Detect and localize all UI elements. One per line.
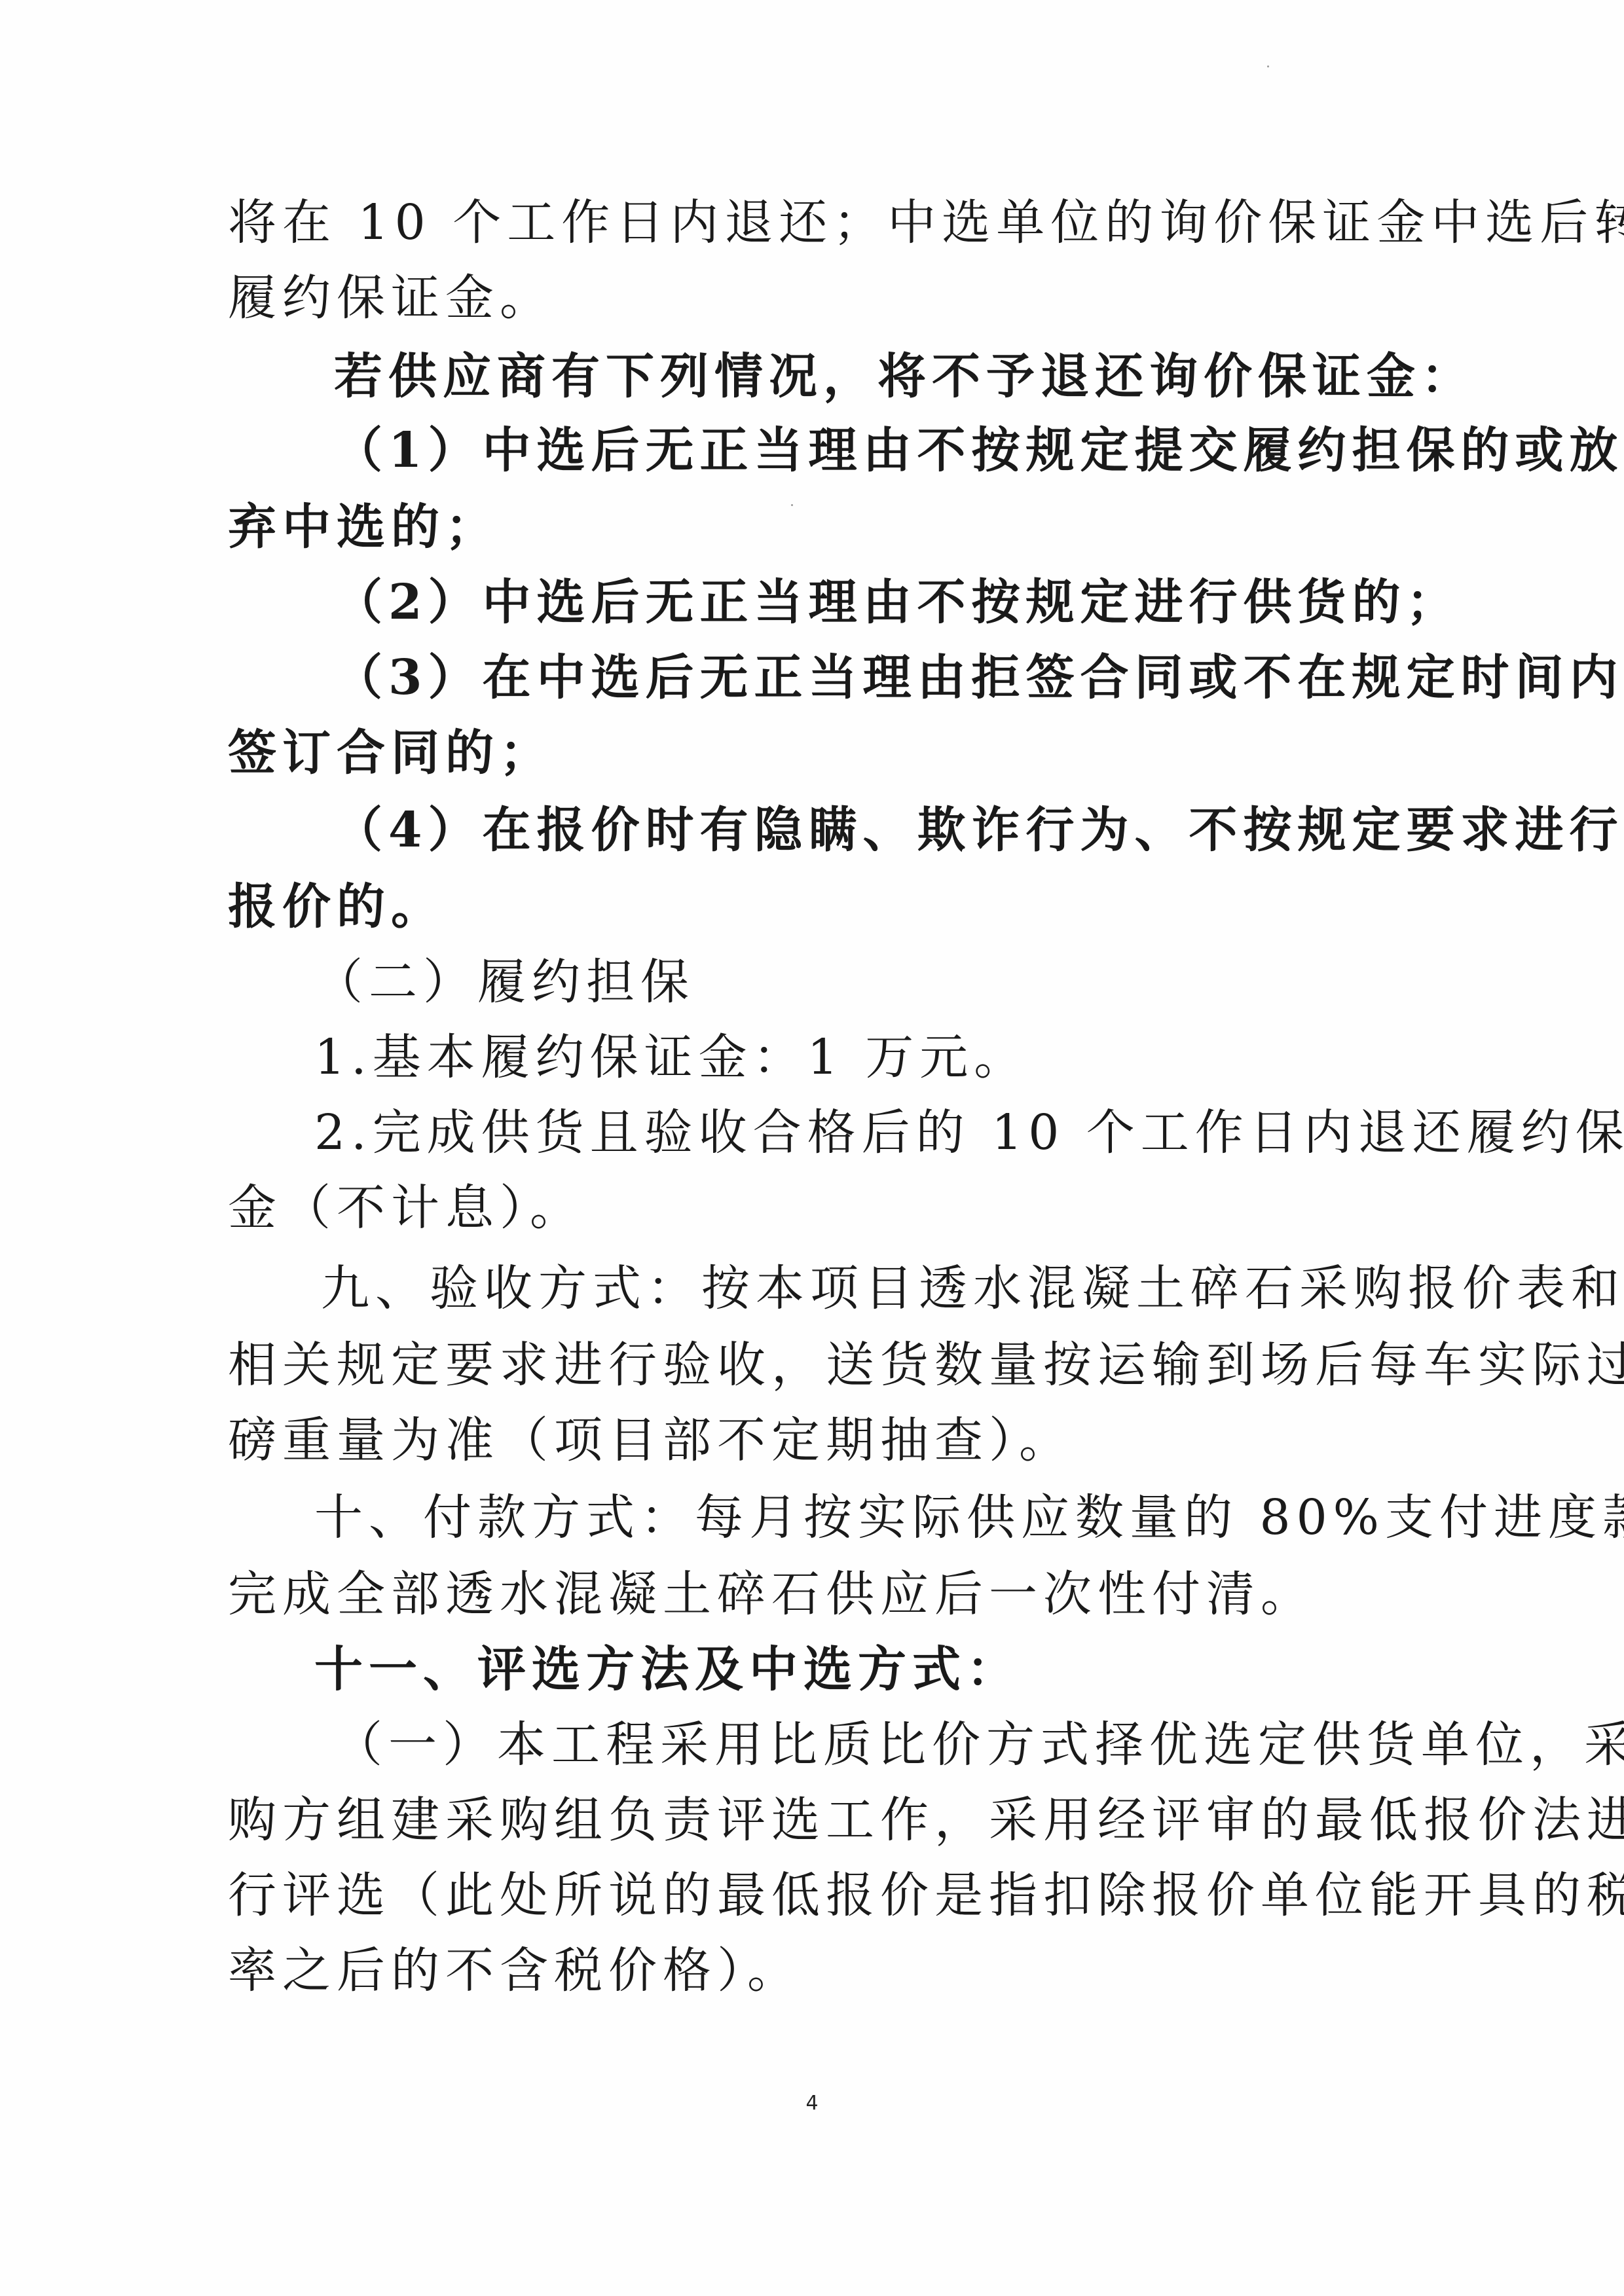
text-line: 九、验收方式：按本项目透水混凝土碎石采购报价表和 bbox=[321, 1256, 1624, 1321]
text-line: （4）在报价时有隐瞒、欺诈行为、不按规定要求进行 bbox=[334, 797, 1624, 863]
text-line: 报价的。 bbox=[228, 874, 445, 939]
text-line: 十一、评选方法及中选方式： bbox=[314, 1637, 1021, 1702]
text-line: 将在 10 个工作日内退还；中选单位的询价保证金中选后转为 bbox=[228, 190, 1624, 255]
text-line: （2）中选后无正当理由不按规定进行供货的； bbox=[334, 570, 1461, 635]
text-line: 弃中选的； bbox=[228, 494, 500, 560]
page-number: 4 bbox=[0, 2092, 1624, 2115]
scan-speck bbox=[1267, 65, 1269, 67]
text-line: （1）中选后无正当理由不按规定提交履约担保的或放 bbox=[334, 418, 1624, 483]
text-line: 签订合同的； bbox=[228, 720, 554, 786]
text-line: （二）履约担保 bbox=[314, 949, 695, 1015]
scan-speck bbox=[791, 504, 793, 506]
text-line: 购方组建采购组负责评选工作，采用经评审的最低报价法进 bbox=[228, 1787, 1624, 1853]
text-line: 若供应商有下列情况，将不予退还询价保证金： bbox=[334, 344, 1475, 409]
text-line: 磅重量为准（项目部不定期抽查）。 bbox=[228, 1408, 1073, 1473]
text-line: 履约保证金。 bbox=[228, 265, 554, 331]
document-page: 将在 10 个工作日内退还；中选单位的询价保证金中选后转为履约保证金。若供应商有… bbox=[0, 0, 1624, 2296]
text-line: （一）本工程采用比质比价方式择优选定供货单位，采 bbox=[334, 1712, 1624, 1777]
text-line: 十、付款方式：每月按实际供应数量的 80%支付进度款， bbox=[314, 1485, 1624, 1550]
text-line: 完成全部透水混凝土碎石供应后一次性付清。 bbox=[228, 1561, 1315, 1627]
text-line: 2.完成供货且验收合格后的 10 个工作日内退还履约保证 bbox=[314, 1100, 1624, 1165]
text-line: 金（不计息）。 bbox=[228, 1175, 584, 1241]
text-line: 行评选（此处所说的最低报价是指扣除报价单位能开具的税 bbox=[228, 1863, 1624, 1928]
text-line: 1.基本履约保证金：1 万元。 bbox=[314, 1025, 1028, 1090]
text-line: （3）在中选后无正当理由拒签合同或不在规定时间内 bbox=[334, 645, 1624, 710]
text-line: 率之后的不含税价格）。 bbox=[228, 1938, 802, 2003]
text-line: 相关规定要求进行验收，送货数量按运输到场后每车实际过 bbox=[228, 1332, 1624, 1398]
